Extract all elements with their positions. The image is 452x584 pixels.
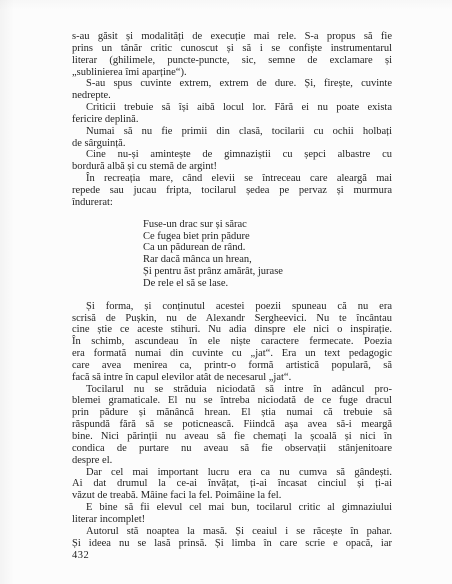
text-line: Autorul stă noaptea la masă. Și ceaiul i… <box>72 526 392 538</box>
text-line: „sublinierea îmi aparține“). <box>72 67 392 79</box>
text-line: Și forma, și conținutul acestei poezii s… <box>72 301 392 313</box>
text-line: nedrepte. <box>72 90 392 102</box>
book-page: { "book_page": { "page_number": "432", "… <box>0 0 452 584</box>
page-number: 432 <box>72 550 89 561</box>
text-line: În schimb, ascundeau în ele niște caract… <box>72 336 392 348</box>
paragraph: Autorul stă noaptea la masă. Și ceaiul i… <box>72 526 392 550</box>
text-line: prins un tânăr critic cunoscut și să i s… <box>72 43 392 55</box>
text-line: facă să intre în capul elevilor atât de … <box>72 372 392 384</box>
text-line: era formată numai din cuvinte cu „jat“. … <box>72 348 392 360</box>
text-line: care avea menirea ca, printr-o formă art… <box>72 360 392 372</box>
text-line: bine. Nici părinții nu aveau să fie chem… <box>72 431 392 443</box>
text-line: cine știe ce aceste stihuri. Nu adia din… <box>72 324 392 336</box>
verse-line: De rele el să se lase. <box>143 278 392 290</box>
text-line: Tocilarul nu se străduia niciodată să in… <box>72 384 392 396</box>
paragraph: s-au găsit și modalități de execuție mai… <box>72 31 392 78</box>
text-line: repede sau jucau fripta, tocilarul ședea… <box>72 185 392 197</box>
verse-line: Și pentru ăst prânz amărât, jurase <box>143 266 392 278</box>
paragraph: E bine să fii elevul cel mai bun, tocila… <box>72 502 392 526</box>
text-line: S-au spus cuvinte extrem, extrem de dure… <box>72 78 392 90</box>
text-line: Dar cel mai important lucru era ca nu cu… <box>72 467 392 479</box>
text-line: Criticii trebuie să își aibă locul lor. … <box>72 102 392 114</box>
text-line: Și ideea nu se lasă prinsă. Și limba în … <box>72 538 392 550</box>
paragraph: În recreația mare, când elevii se întrec… <box>72 173 392 209</box>
text-line: literar incomplet! <box>72 514 392 526</box>
text-line: s-au găsit și modalități de execuție mai… <box>72 31 392 43</box>
text-line: prin pădure și mănâncă hrean. El știa nu… <box>72 407 392 419</box>
verse-stanza: Fuse-un drac sur și săracCe fugea biet p… <box>143 219 392 290</box>
text-line: despre el. <box>72 455 392 467</box>
verse-line: Rar dacă mânca un hrean, <box>143 254 392 266</box>
verse-line: Ca un pădurean de rând. <box>143 242 392 254</box>
paragraph: Dar cel mai important lucru era ca nu cu… <box>72 467 392 503</box>
text-line: fericire deplină. <box>72 114 392 126</box>
text-line: condica de purtare nu aveau să fie obser… <box>72 443 392 455</box>
text-line: Numai să nu fie primii din clasă, tocila… <box>72 126 392 138</box>
page-text: s-au găsit și modalități de execuție mai… <box>72 31 392 549</box>
text-line: În recreația mare, când elevii se întrec… <box>72 173 392 185</box>
text-line: Ai dat drumul la ce-ai învățat, ți-ai în… <box>72 478 392 490</box>
text-line: răspundă fără să se poticnească. Fiindcă… <box>72 419 392 431</box>
text-line: Cine nu-și amintește de gimnaziștii cu ș… <box>72 149 392 161</box>
text-line: E bine să fii elevul cel mai bun, tocila… <box>72 502 392 514</box>
text-line: bordură albă și cu stemă de argint! <box>72 161 392 173</box>
paragraph: Tocilarul nu se străduia niciodată să in… <box>72 384 392 467</box>
text-line: văzut de treabă. Mâine faci la fel. Poim… <box>72 490 392 502</box>
verse-line: Ce fugea biet prin pădure <box>143 231 392 243</box>
paragraph: Criticii trebuie să își aibă locul lor. … <box>72 102 392 126</box>
paragraph: Cine nu-și amintește de gimnaziștii cu ș… <box>72 149 392 173</box>
text-line: scrisă de Pușkin, nu de Alexandr Serghee… <box>72 313 392 325</box>
verse-line: Fuse-un drac sur și sărac <box>143 219 392 231</box>
text-line: îndurerat: <box>72 197 392 209</box>
text-line: literar (ghilimele, puncte-puncte, sic, … <box>72 55 392 67</box>
text-line: de sârguință. <box>72 138 392 150</box>
paragraph: Numai să nu fie primii din clasă, tocila… <box>72 126 392 150</box>
paragraph: Și forma, și conținutul acestei poezii s… <box>72 301 392 384</box>
text-line: blemei gramaticale. El nu se întreba nic… <box>72 395 392 407</box>
paragraph: S-au spus cuvinte extrem, extrem de dure… <box>72 78 392 102</box>
